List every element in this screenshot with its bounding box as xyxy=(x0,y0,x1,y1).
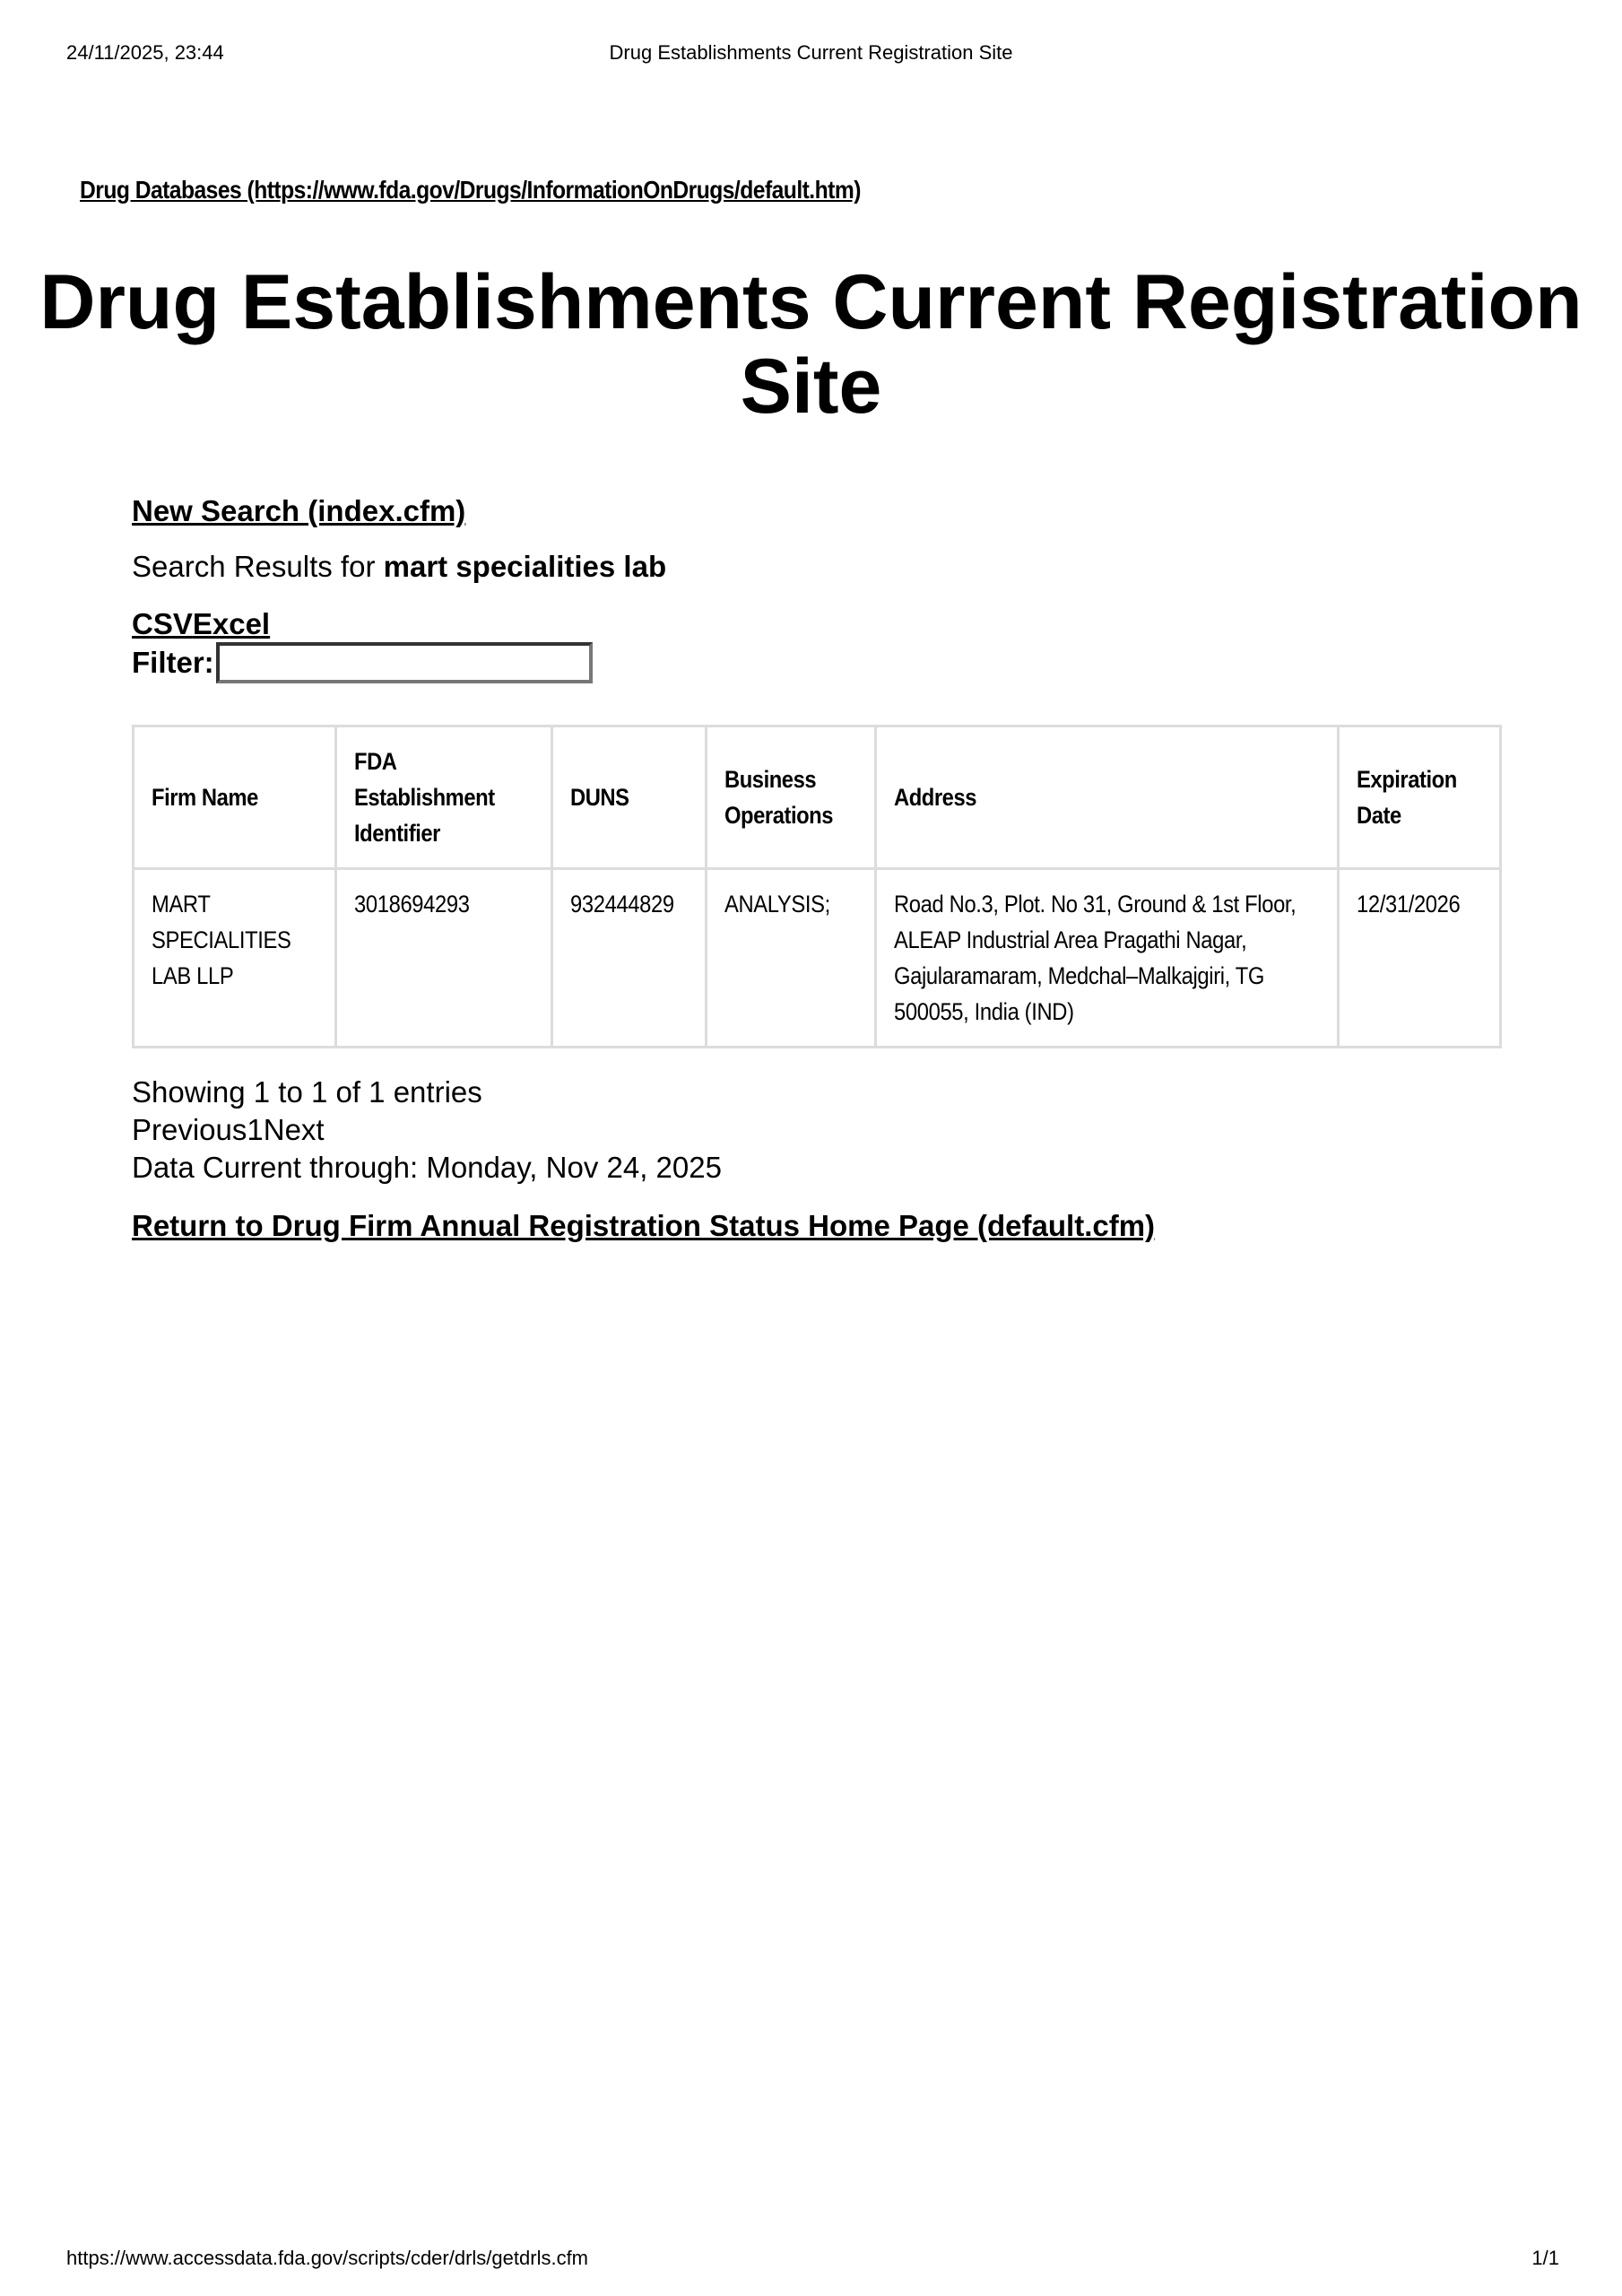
new-search-link[interactable]: New Search (index.cfm) xyxy=(132,491,465,531)
column-header-firm-name[interactable]: Firm Name xyxy=(134,726,336,869)
search-results-summary: Search Results for mart specialities lab xyxy=(132,547,1504,587)
results-table: Firm Name FDA Establishment Identifier D… xyxy=(132,725,1502,1048)
table-info: Showing 1 to 1 of 1 entries xyxy=(132,1074,1504,1111)
filter-label: Filter: xyxy=(132,643,214,683)
filter-input[interactable] xyxy=(216,642,593,683)
drug-databases-link[interactable]: Drug Databases (https://www.fda.gov/Drug… xyxy=(80,176,861,204)
main-content: New Search (index.cfm) Search Results fo… xyxy=(132,491,1504,1246)
print-header: 24/11/2025, 23:44 Drug Establishments Cu… xyxy=(0,41,1622,68)
export-links: CSVExcel xyxy=(132,606,1504,642)
pagination: Previous1Next xyxy=(132,1111,1504,1149)
column-header-fei[interactable]: FDA Establishment Identifier xyxy=(335,726,551,869)
cell-address: Road No.3, Plot. No 31, Ground & 1st Flo… xyxy=(875,869,1338,1048)
column-header-address[interactable]: Address xyxy=(875,726,1338,869)
pagination-previous-button[interactable]: Previous xyxy=(132,1113,247,1146)
column-header-expiration-date[interactable]: Expiration Date xyxy=(1339,726,1501,869)
print-page-count: 1/1 xyxy=(1531,2247,1559,2270)
page-title: Drug Establishments Current Registration… xyxy=(0,260,1622,429)
table-row: MART SPECIALITIES LAB LLP 3018694293 932… xyxy=(134,869,1501,1048)
table-header-row: Firm Name FDA Establishment Identifier D… xyxy=(134,726,1501,869)
pagination-next-button[interactable]: Next xyxy=(264,1113,325,1146)
pagination-page-1-button[interactable]: 1 xyxy=(247,1113,263,1146)
export-csv-button[interactable]: CSV xyxy=(132,607,193,640)
cell-business-operations: ANALYSIS; xyxy=(707,869,876,1048)
return-home-link[interactable]: Return to Drug Firm Annual Registration … xyxy=(132,1206,1155,1246)
search-results-prefix: Search Results for xyxy=(132,550,384,583)
cell-firm-name: MART SPECIALITIES LAB LLP xyxy=(134,869,336,1048)
filter-row: Filter: xyxy=(132,642,1504,683)
column-header-duns[interactable]: DUNS xyxy=(551,726,707,869)
print-url: https://www.accessdata.fda.gov/scripts/c… xyxy=(66,2247,588,2270)
cell-fei: 3018694293 xyxy=(335,869,551,1048)
column-header-business-operations[interactable]: Business Operations xyxy=(707,726,876,869)
print-page-title: Drug Establishments Current Registration… xyxy=(0,41,1622,65)
cell-duns: 932444829 xyxy=(551,869,707,1048)
export-excel-button[interactable]: Excel xyxy=(193,607,270,640)
cell-expiration-date: 12/31/2026 xyxy=(1339,869,1501,1048)
data-current-through: Data Current through: Monday, Nov 24, 20… xyxy=(132,1149,1504,1187)
search-query: mart specialities lab xyxy=(384,550,666,583)
print-footer: https://www.accessdata.fda.gov/scripts/c… xyxy=(0,2247,1622,2274)
